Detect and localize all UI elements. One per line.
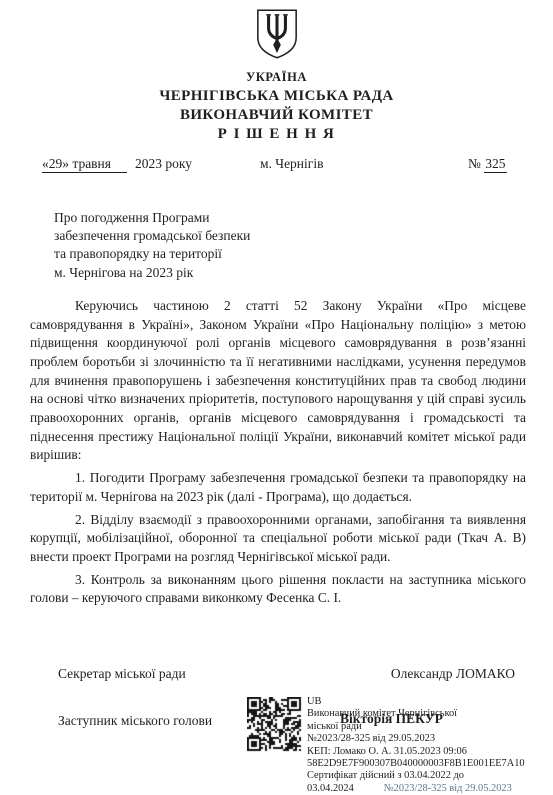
body-paragraph-item-1: 1. Погодити Програму забезпечення громад… <box>30 469 526 506</box>
body-paragraph-item-3: 3. Контроль за виконанням цього рішення … <box>30 571 526 608</box>
stamp-line: КЕП: Ломако О. А. 31.05.2023 09:06 <box>307 746 525 758</box>
signature-title-secretary: Секретар міської ради <box>58 666 186 682</box>
city-name: м. Чернігів <box>260 156 323 172</box>
body-text: Керуючись частиною 2 статті 52 Закону Ук… <box>30 297 526 608</box>
stamp-line-signature-hash: 58E2D9E7F900307B040000003F8B1E001EE7A10 <box>307 758 525 770</box>
date-year: 2023 року <box>135 156 192 171</box>
signature-title-deputy: Заступник міського голови <box>58 713 212 729</box>
doc-number: 325 <box>484 156 506 173</box>
stamp-cert-end-date: 03.04.2024 <box>307 783 354 794</box>
subject-line: м. Чернігова на 2023 рік <box>54 264 553 282</box>
subject-line: забезпечення громадської безпеки <box>54 227 553 245</box>
document-header: УКРАЇНА ЧЕРНІГІВСЬКА МІСЬКА РАДА ВИКОНАВ… <box>0 0 553 143</box>
council-name: ЧЕРНІГІВСЬКА МІСЬКА РАДА <box>0 88 553 105</box>
signature-stamp-region: Секретар міської ради Олександр ЛОМАКО З… <box>0 650 553 795</box>
signature-name-secretary: Олександр ЛОМАКО <box>391 666 515 682</box>
date-day: «29» травня <box>42 156 127 173</box>
doc-number-group: № 325 <box>468 156 507 173</box>
date-row: «29» травня2023 року м. Чернігів № 325 <box>0 156 553 176</box>
stamp-ref-blue: №2023/28-325 від 29.05.2023 <box>384 783 512 794</box>
subject-line: Про погодження Програми <box>54 209 553 227</box>
body-paragraph-preamble: Керуючись частиною 2 статті 52 Закону Ук… <box>30 297 526 465</box>
stamp-line: №2023/28-325 від 29.05.2023 <box>307 733 525 745</box>
coat-of-arms-icon <box>254 8 300 60</box>
document-page: УКРАЇНА ЧЕРНІГІВСЬКА МІСЬКА РАДА ВИКОНАВ… <box>0 0 553 795</box>
subject-block: Про погодження Програми забезпечення гро… <box>54 209 553 282</box>
qr-code-stamp <box>247 697 302 752</box>
country-name: УКРАЇНА <box>0 70 553 85</box>
body-paragraph-item-2: 2. Відділу взаємодії з правоохоронними о… <box>30 511 526 567</box>
stamp-line: Сертифікат дійсний з 03.04.2022 до <box>307 770 525 782</box>
date-group: «29» травня2023 року <box>42 156 192 173</box>
committee-name: ВИКОНАВЧИЙ КОМІТЕТ <box>0 107 553 124</box>
stamp-line: UB <box>307 696 525 708</box>
subject-line: та правопорядку на території <box>54 245 553 263</box>
stamp-line-last: 03.04.2024№2023/28-325 від 29.05.2023 <box>307 783 525 795</box>
signature-name-deputy: Вікторія ПЕКУР <box>340 711 443 727</box>
document-type-title: Р І Ш Е Н Н Я <box>0 126 553 143</box>
doc-number-label: № <box>468 156 481 171</box>
